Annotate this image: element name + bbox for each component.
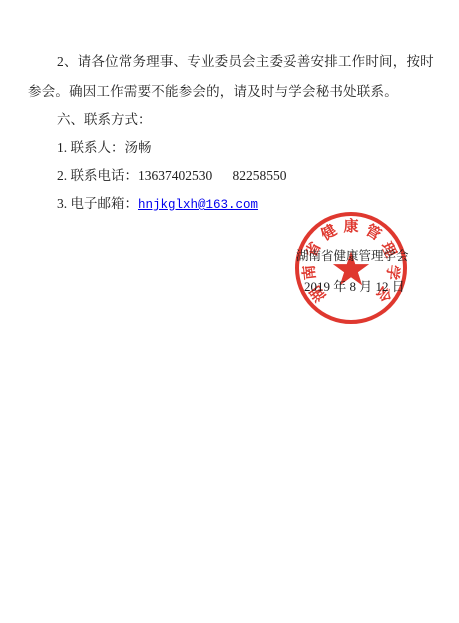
signature-org-name: 湖南省健康管理学会 (296, 246, 409, 264)
seal-arc-char: 康 (343, 217, 358, 235)
official-seal-stamp: 湖 南 省 健 康 管 理 学 会 (293, 210, 409, 326)
contact-email-line: 3. 电子邮箱：hnjkglxh@163.com (57, 196, 258, 213)
email-link[interactable]: hnjkglxh@163.com (138, 198, 258, 212)
section-heading-contact: 六、联系方式： (57, 112, 152, 128)
paragraph-line-1: 2、请各位常务理事、专业委员会主委妥善安排工作时间，按时 (57, 54, 434, 70)
document-page: 2、请各位常务理事、专业委员会主委妥善安排工作时间，按时 参会。确因工作需要不能… (0, 0, 459, 623)
signature-date: 2019 年 8 月 12 日 (304, 276, 405, 295)
email-label: 3. 电子邮箱： (57, 196, 138, 211)
paragraph-line-2: 参会。确因工作需要不能参会的，请及时与学会秘书处联系。 (28, 84, 398, 100)
contact-phone-line: 2. 联系电话：13637402530 82258550 (57, 168, 287, 184)
contact-person-line: 1. 联系人：汤畅 (57, 140, 152, 156)
